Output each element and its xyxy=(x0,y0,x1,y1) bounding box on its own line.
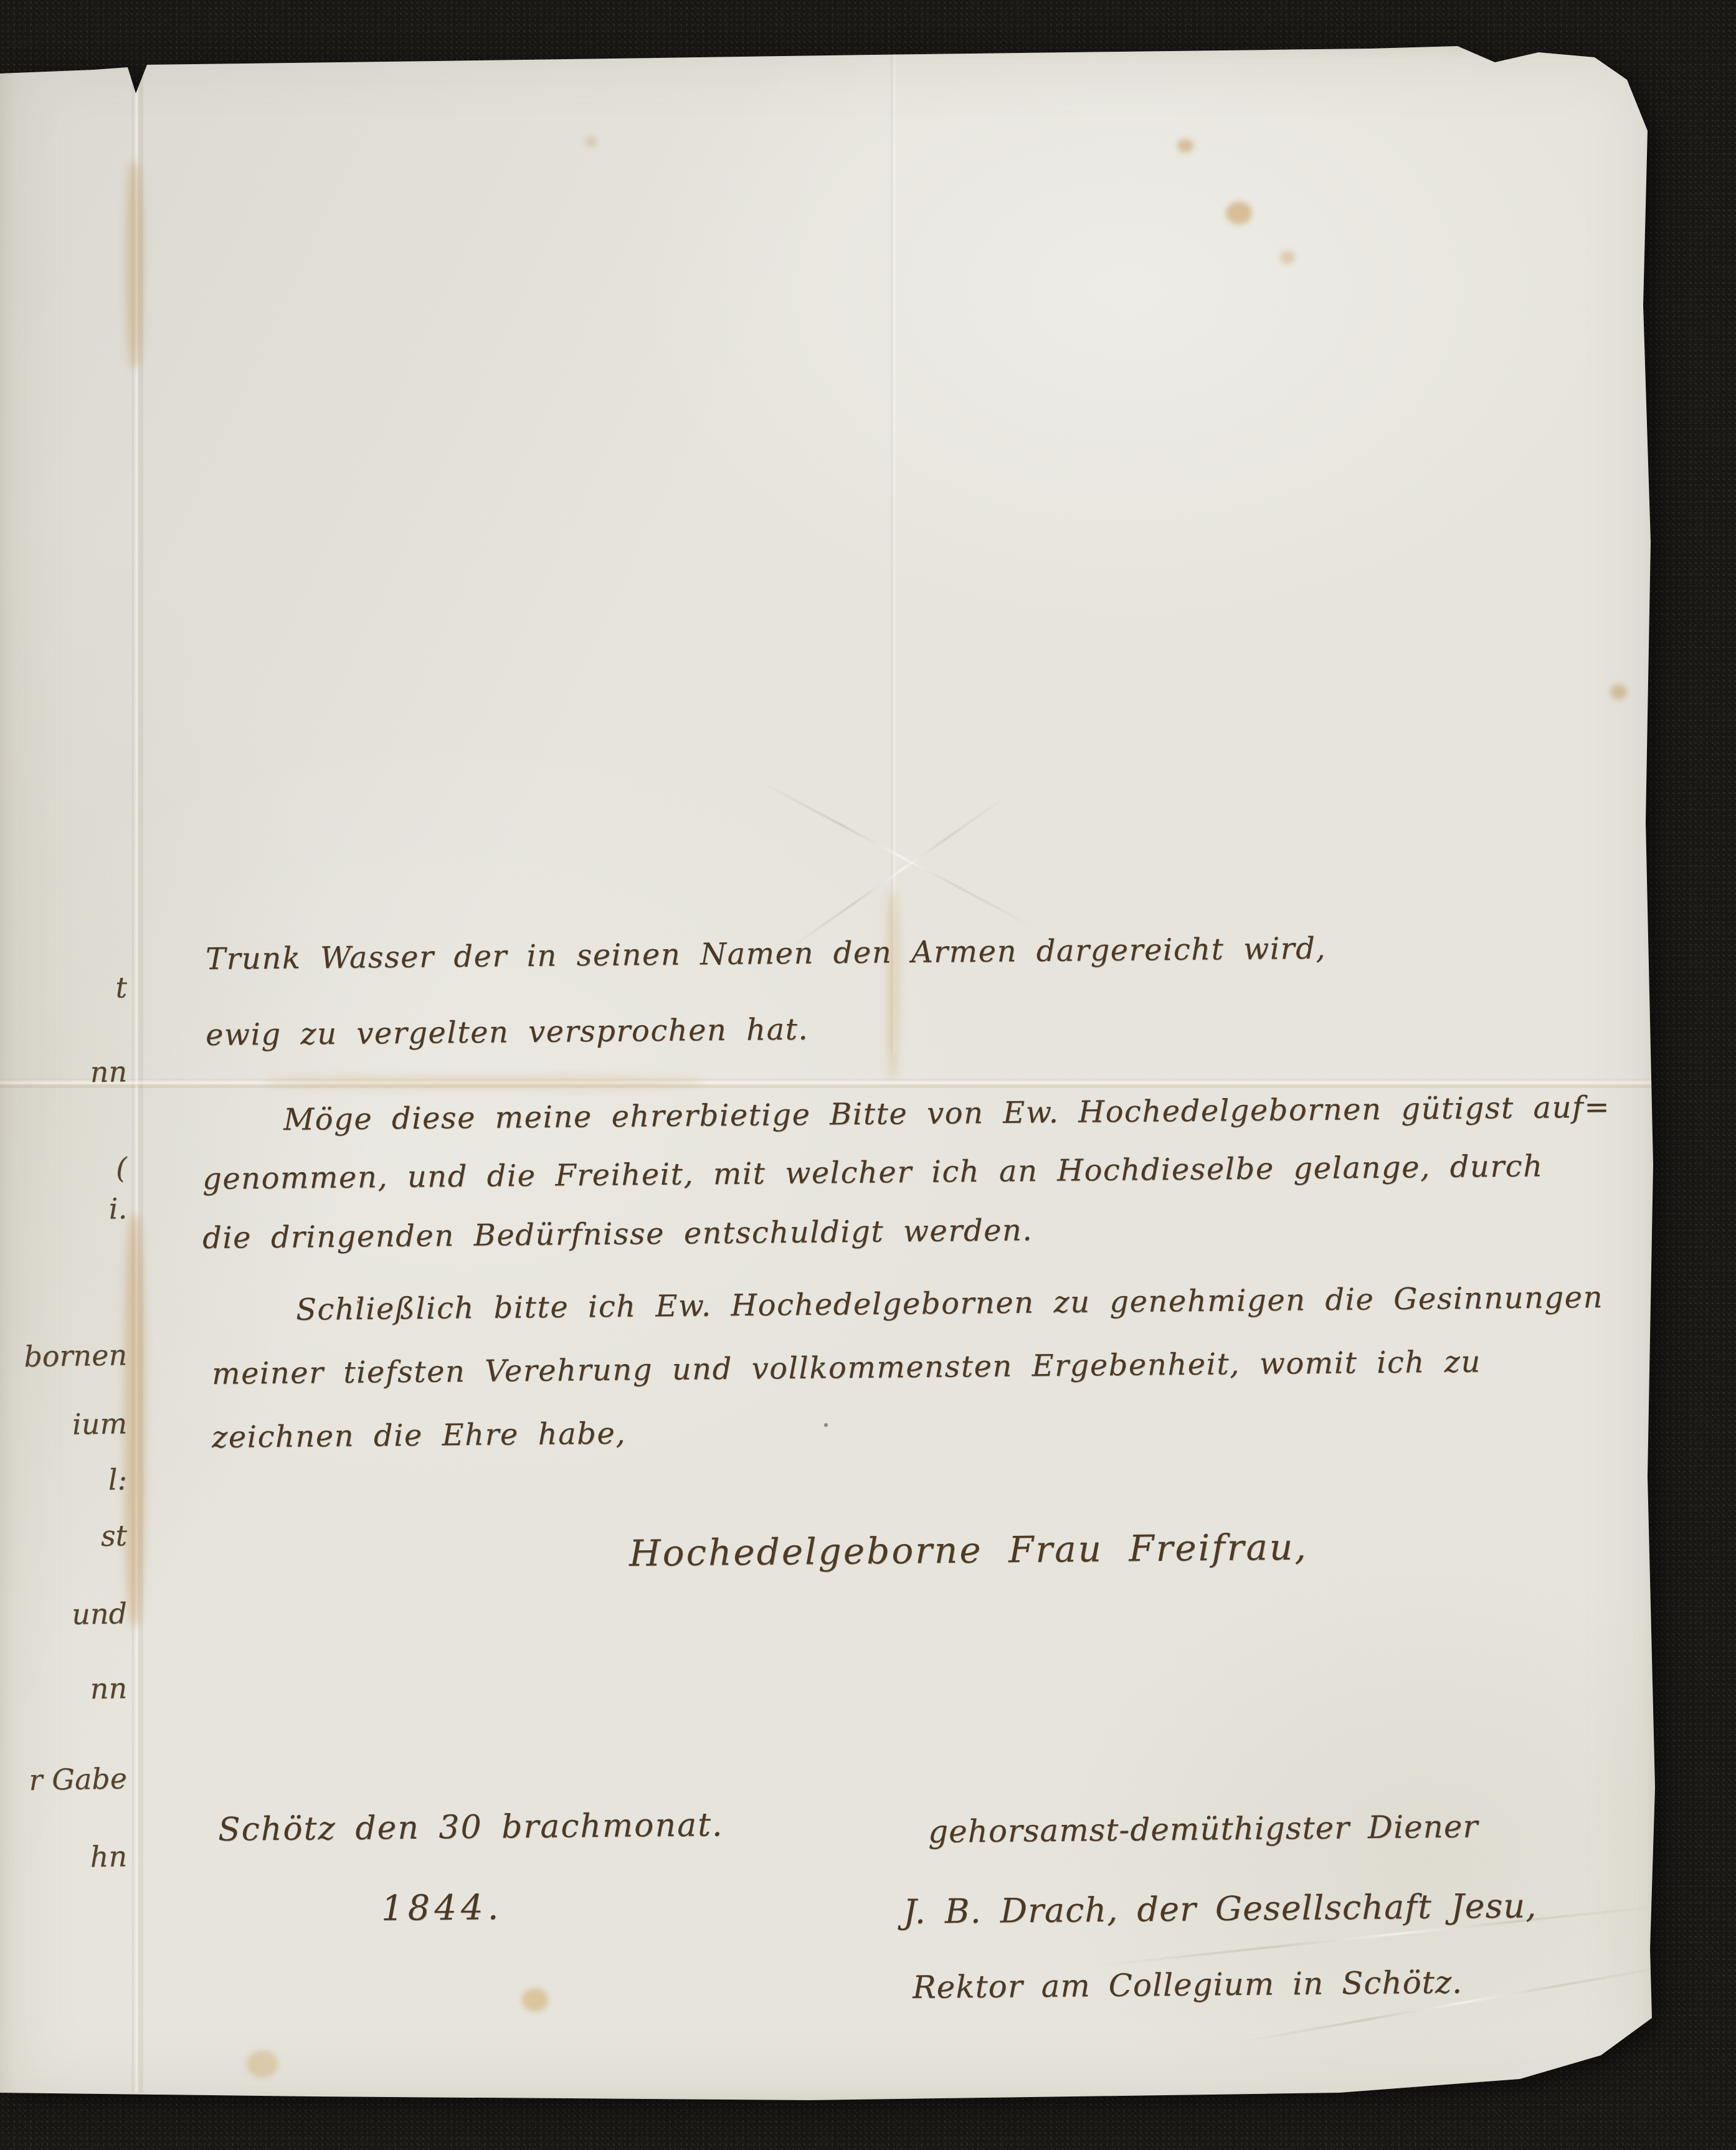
cutoff-line-fragment: st xyxy=(0,1518,127,1555)
signature-line: J. B. Drach, der Gesellschaft Jesu, xyxy=(903,1886,1537,1931)
crease-stain xyxy=(126,162,143,367)
cutoff-line-fragment: und xyxy=(0,1596,127,1632)
letter-line: Möge diese meine ehrerbietige Bitte von … xyxy=(283,1090,1610,1137)
cutoff-line-fragment: t xyxy=(0,970,127,1006)
letter-sheet: t nn ( i. bornen ium l: st und nn r Gabe… xyxy=(0,44,1658,2105)
wrinkle-crease xyxy=(787,795,1008,951)
dateline-place: Schötz den 30 brachmonat. xyxy=(218,1806,724,1849)
cutoff-line-fragment: bornen xyxy=(0,1338,127,1374)
paper-stain xyxy=(247,2050,278,2078)
crease-stain xyxy=(887,891,898,1077)
cutoff-line-fragment: i. xyxy=(0,1191,127,1228)
paper-shadow-wrapper: t nn ( i. bornen ium l: st und nn r Gabe… xyxy=(0,44,1658,2105)
letter-line: Schließlich bitte ich Ew. Hochedelgeborn… xyxy=(296,1280,1604,1327)
letter-line: ewig zu vergelten versprochen hat. xyxy=(206,1012,809,1053)
paper-stain xyxy=(1177,139,1193,153)
cutoff-line-fragment: ( xyxy=(0,1151,127,1187)
crease-stain xyxy=(267,1076,703,1089)
scan-background: t nn ( i. bornen ium l: st und nn r Gabe… xyxy=(0,0,1736,2150)
paper-stain xyxy=(1610,684,1627,699)
cutoff-line-fragment: l: xyxy=(0,1462,127,1499)
letter-line: meiner tiefsten Verehrung und vollkommen… xyxy=(212,1344,1481,1391)
paper-stain xyxy=(1226,202,1252,224)
letter-line: zeichnen die Ehre habe, xyxy=(212,1416,627,1455)
horizontal-fold-crease xyxy=(0,1079,1658,1088)
letter-line: Trunk Wasser der in seinen Namen den Arm… xyxy=(206,931,1327,977)
center-fold-crease xyxy=(889,44,897,1053)
cutoff-line-fragment: nn xyxy=(0,1054,127,1091)
signature-line: gehorsamst-demüthigster Diener xyxy=(928,1809,1479,1850)
cutoff-line-fragment: hn xyxy=(0,1839,127,1875)
ink-speck xyxy=(824,1423,828,1427)
left-fold-crease xyxy=(132,61,143,2093)
crease-stain xyxy=(125,1215,145,1626)
letter-line: die dringenden Bedürfnisse entschuldigt … xyxy=(202,1213,1033,1256)
letter-line: genommen, und die Freiheit, mit welcher … xyxy=(202,1148,1544,1196)
paper-stain xyxy=(522,1988,548,2012)
signature-line: Rektor am Collegium in Schötz. xyxy=(913,1964,1463,2006)
cutoff-line-fragment: ium xyxy=(0,1406,127,1442)
salutation-line: Hochedelgeborne Frau Freifrau, xyxy=(629,1526,1308,1575)
cutoff-line-fragment: nn xyxy=(0,1671,127,1707)
dateline-year: 1844. xyxy=(381,1887,503,1929)
cutoff-line-fragment: r Gabe xyxy=(0,1761,127,1797)
wrinkle-crease xyxy=(759,780,1035,929)
paper-stain xyxy=(585,136,597,147)
paper-stain xyxy=(1280,251,1295,264)
